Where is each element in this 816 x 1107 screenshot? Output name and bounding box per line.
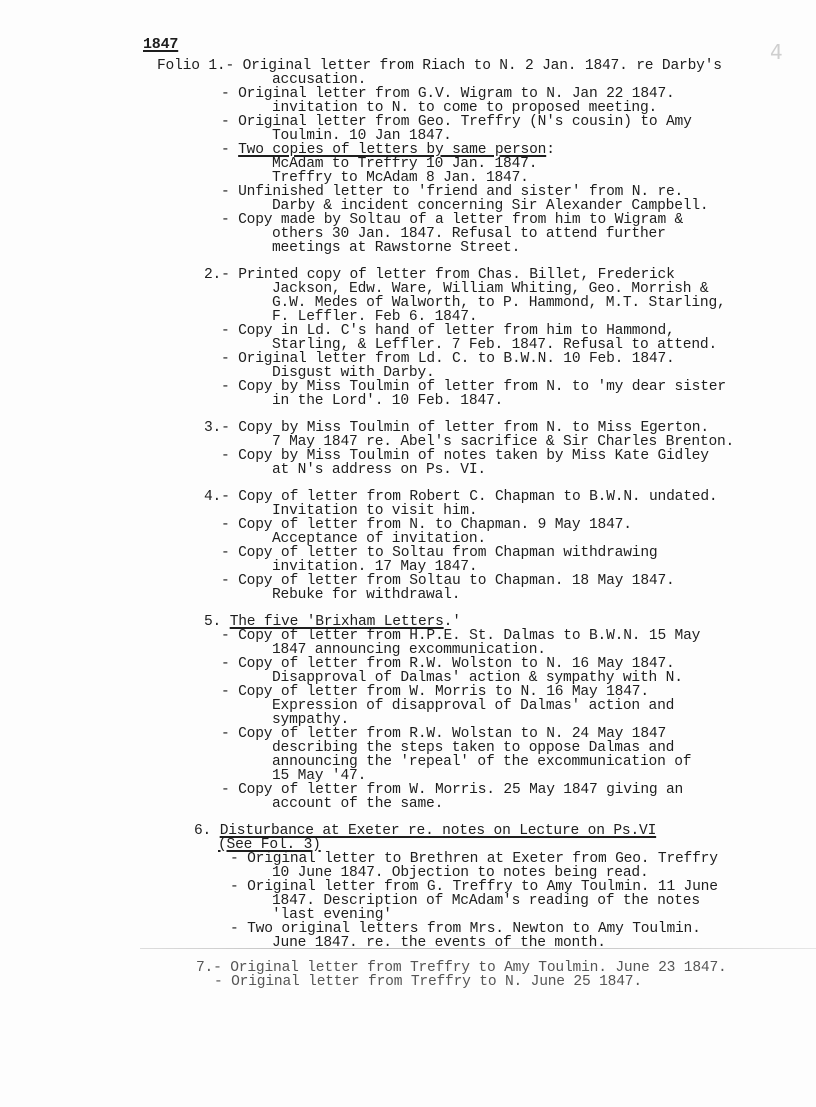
document-line: meetings at Rawstorne Street.: [272, 241, 520, 255]
line-text: at N's address on Ps. VI.: [272, 462, 486, 478]
document-line: - Copy of letter from W. Morris. 25 May …: [221, 783, 683, 797]
document-line: - Original letter from Geo. Treffry (N's…: [221, 115, 692, 129]
line-text: Rebuke for withdrawal.: [272, 587, 460, 603]
document-line: Rebuke for withdrawal.: [272, 588, 460, 602]
line-text: meetings at Rawstorne Street.: [272, 240, 520, 256]
document-line: - Copy by Miss Toulmin of notes taken by…: [221, 449, 709, 463]
document-line: at N's address on Ps. VI.: [272, 463, 486, 477]
document-line: - Copy of letter from N. to Chapman. 9 M…: [221, 518, 632, 532]
line-text: -: [221, 142, 238, 158]
document-line: 7 May 1847 re. Abel's sacrifice & Sir Ch…: [272, 435, 734, 449]
year-heading: 1847: [143, 38, 178, 52]
line-text: in the Lord'. 10 Feb. 1847.: [272, 393, 503, 409]
document-line: 10 June 1847. Objection to notes being r…: [272, 866, 649, 880]
document-line: in the Lord'. 10 Feb. 1847.: [272, 394, 503, 408]
document-line: Treffry to McAdam 8 Jan. 1847.: [272, 171, 529, 185]
document-line: (See Fol. 3): [218, 838, 321, 852]
document-line: - Original letter to Brethren at Exeter …: [230, 852, 718, 866]
document-line: 1847 announcing excommunication.: [272, 643, 546, 657]
document-line: G.W. Medes of Walworth, to P. Hammond, M…: [272, 296, 726, 310]
document-line: - Copy in Ld. C's hand of letter from hi…: [221, 324, 675, 338]
document-line: McAdam to Treffry 10 Jan. 1847.: [272, 157, 537, 171]
line-text-suffix: :: [546, 142, 555, 158]
document-line: - Copy of letter from R.W. Wolstan to N.…: [221, 727, 666, 741]
document-line: - Two original letters from Mrs. Newton …: [230, 922, 701, 936]
line-text: account of the same.: [272, 796, 443, 812]
document-line: Toulmin. 10 Jan 1847.: [272, 129, 452, 143]
document-line: 'last evening': [272, 908, 392, 922]
document-line: - Copy of letter to Soltau from Chapman …: [221, 546, 657, 560]
document-line: - Original letter from G.V. Wigram to N.…: [221, 87, 675, 101]
document-line: Starling, & Leffler. 7 Feb. 1847. Refusa…: [272, 338, 717, 352]
document-line: Invitation to visit him.: [272, 504, 477, 518]
document-line: 15 May '47.: [272, 769, 366, 783]
document-line: 2.- Printed copy of letter from Chas. Bi…: [204, 268, 675, 282]
document-line: - Copy by Miss Toulmin of letter from N.…: [221, 380, 726, 394]
line-text: Folio 1.- Original letter from Riach to …: [157, 58, 722, 74]
document-line: 1847. Description of McAdam's reading of…: [272, 894, 700, 908]
document-line: 5. The five 'Brixham Letters.': [204, 615, 461, 629]
document-line: accusation.: [272, 73, 366, 87]
document-line: - Copy of letter from W. Morris to N. 16…: [221, 685, 649, 699]
document-line: - Copy of letter from R.W. Wolston to N.…: [221, 657, 675, 671]
document-line: Acceptance of invitation.: [272, 532, 486, 546]
document-line: Darby & incident concerning Sir Alexande…: [272, 199, 708, 213]
document-line: - Copy of letter from Soltau to Chapman.…: [221, 574, 675, 588]
document-line: - Copy of letter from H.P.E. St. Dalmas …: [221, 629, 700, 643]
document-line: account of the same.: [272, 797, 443, 811]
document-page: 1847 4 Folio 1.- Original letter from Ri…: [0, 0, 816, 1107]
document-line: - Two copies of letters by same person:: [221, 143, 555, 157]
document-line: - Original letter from Treffry to N. Jun…: [214, 975, 642, 989]
document-line: 4.- Copy of letter from Robert C. Chapma…: [204, 490, 717, 504]
document-line: Folio 1.- Original letter from Riach to …: [157, 59, 722, 73]
document-line: 6. Disturbance at Exeter re. notes on Le…: [194, 824, 656, 838]
document-line: others 30 Jan. 1847. Refusal to attend f…: [272, 227, 666, 241]
document-line: - Unfinished letter to 'friend and siste…: [221, 185, 683, 199]
document-line: - Copy made by Soltau of a letter from h…: [221, 213, 683, 227]
line-text: 6.: [194, 823, 220, 839]
document-line: invitation. 17 May 1847.: [272, 560, 477, 574]
line-text: - Original letter from Treffry to N. Jun…: [214, 974, 642, 990]
document-line: announcing the 'repeal' of the excommuni…: [272, 755, 691, 769]
document-line: sympathy.: [272, 713, 349, 727]
document-line: 3.- Copy by Miss Toulmin of letter from …: [204, 421, 709, 435]
document-line: Disgust with Darby.: [272, 366, 435, 380]
document-line: - Original letter from G. Treffry to Amy…: [230, 880, 718, 894]
page-fold-line: [140, 948, 816, 949]
document-line: Expression of disapproval of Dalmas' act…: [272, 699, 674, 713]
document-line: F. Leffler. Feb 6. 1847.: [272, 310, 477, 324]
document-line: Jackson, Edw. Ware, William Whiting, Geo…: [272, 282, 708, 296]
document-line: Disapproval of Dalmas' action & sympathy…: [272, 671, 683, 685]
document-line: invitation to N. to come to proposed mee…: [272, 101, 657, 115]
page-number-mark: 4: [770, 40, 783, 64]
document-line: - Original letter from Ld. C. to B.W.N. …: [221, 352, 675, 366]
document-line: describing the steps taken to oppose Dal…: [272, 741, 674, 755]
document-line: 7.- Original letter from Treffry to Amy …: [196, 961, 727, 975]
